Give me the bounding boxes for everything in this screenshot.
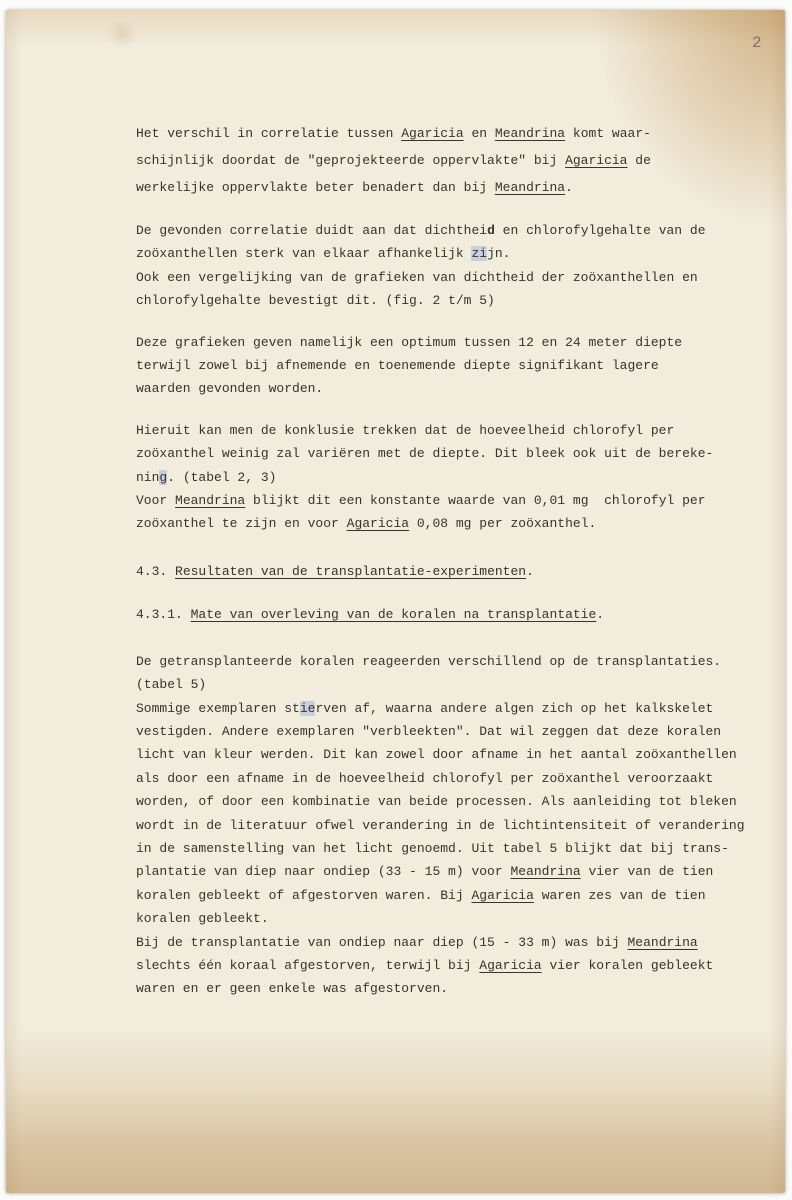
text-line: waren en er geen enkele was afgestorven. (136, 977, 766, 1000)
text-line: De gevonden correlatie duidt aan dat dic… (136, 219, 766, 242)
text-segment: terwijl zowel bij afnemende en toenemend… (136, 358, 659, 373)
text-segment: komt waar- (565, 126, 651, 141)
text-line: Hieruit kan men de konklusie trekken dat… (136, 419, 766, 442)
underlined-term: Resultaten van de transplantatie-experim… (175, 564, 526, 579)
underlined-term: Agaricia (471, 888, 533, 903)
text-line: zoöxanthel te zijn en voor Agaricia 0,08… (136, 512, 766, 535)
text-line: zoöxanthel weinig zal variëren met de di… (136, 442, 766, 465)
text-segment: en chlorofylgehalte van de (495, 223, 706, 238)
text-segment: rven af, waarna andere algen zich op het… (315, 701, 713, 716)
underlined-term: Meandrina (627, 935, 697, 950)
text-segment: nin (136, 470, 159, 485)
text-line: 4.3. Resultaten van de transplantatie-ex… (136, 560, 766, 583)
text-line: waarden gevonden worden. (136, 377, 766, 400)
text-line: vestigden. Andere exemplaren "verbleekte… (136, 720, 766, 743)
text-segment: waren zes van de tien (534, 888, 706, 903)
text-segment: 4.3.1. (136, 607, 191, 622)
text-segment: licht van kleur werden. Dit kan zowel do… (136, 747, 737, 762)
text-segment: zoöxanthel weinig zal variëren met de di… (136, 446, 713, 461)
text-line: Bij de transplantatie van ondiep naar di… (136, 931, 766, 954)
text-segment: Deze grafieken geven namelijk een optimu… (136, 335, 682, 350)
text-line: Voor Meandrina blijkt dit een konstante … (136, 489, 766, 512)
text-line: 4.3.1. Mate van overleving van de korale… (136, 603, 766, 626)
text-line: als door een afname in de hoeveelheid ch… (136, 767, 766, 790)
text-segment: de (628, 153, 651, 168)
text-line: zoöxanthellen sterk van elkaar afhankeli… (136, 242, 766, 265)
text-segment: De getransplanteerde koralen reageerden … (136, 654, 721, 669)
underlined-term: Agaricia (401, 126, 463, 141)
text-line: slechts één koraal afgestorven, terwijl … (136, 954, 766, 977)
text-line: Sommige exemplaren stierven af, waarna a… (136, 697, 766, 720)
text-segment: werkelijke oppervlakte beter benadert da… (136, 180, 495, 195)
text-line: werkelijke oppervlakte beter benadert da… (136, 174, 766, 201)
text-segment: en (464, 126, 495, 141)
text-segment: vier koralen gebleekt (542, 958, 714, 973)
text-segment: Sommige exemplaren st (136, 701, 300, 716)
paragraph: Het verschil in correlatie tussen Agaric… (136, 120, 766, 201)
text-segment: (tabel 5) (136, 677, 206, 692)
underlined-term: Agaricia (479, 958, 541, 973)
underlined-term: Meandrina (495, 180, 565, 195)
text-segment: Voor (136, 493, 175, 508)
text-segment: koralen gebleekt. (136, 911, 269, 926)
text-segment: . (596, 607, 604, 622)
section-heading: 4.3. Resultaten van de transplantatie-ex… (136, 560, 766, 583)
text-segment: . (526, 564, 534, 579)
correction-text: zi (471, 246, 487, 261)
text-line: koralen gebleekt of afgestorven waren. B… (136, 884, 766, 907)
text-segment: waarden gevonden worden. (136, 381, 323, 396)
text-segment: blijkt dit een konstante waarde van 0,01… (245, 493, 705, 508)
text-segment: Ook een vergelijking van de grafieken va… (136, 270, 698, 285)
underlined-term: Meandrina (495, 126, 565, 141)
text-line: koralen gebleekt. (136, 907, 766, 930)
paragraph: Hieruit kan men de konklusie trekken dat… (136, 419, 766, 536)
text-line: in de samenstelling van het licht genoem… (136, 837, 766, 860)
text-segment: vier van de tien (581, 864, 714, 879)
paragraph: Deze grafieken geven namelijk een optimu… (136, 331, 766, 401)
text-line: plantatie van diep naar ondiep (33 - 15 … (136, 860, 766, 883)
text-segment: d (487, 223, 495, 238)
underlined-term: Agaricia (347, 516, 409, 531)
text-segment: schijnlijk doordat de "geprojekteerde op… (136, 153, 565, 168)
correction-text: ie (300, 701, 316, 716)
text-segment: wordt in de literatuur ofwel verandering… (136, 818, 745, 833)
text-line: De getransplanteerde koralen reageerden … (136, 650, 766, 673)
text-line: ning. (tabel 2, 3) (136, 466, 766, 489)
text-segment: Bij de transplantatie van ondiep naar di… (136, 935, 627, 950)
text-segment: . (tabel 2, 3) (167, 470, 276, 485)
underlined-term: Meandrina (510, 864, 580, 879)
text-segment: vestigden. Andere exemplaren "verbleekte… (136, 724, 721, 739)
underlined-term: Meandrina (175, 493, 245, 508)
text-segment: 4.3. (136, 564, 175, 579)
document-page: 2 Het verschil in correlatie tussen Agar… (6, 10, 785, 1193)
text-segment: 0,08 mg per zoöxanthel. (409, 516, 596, 531)
text-line: worden, of door een kombinatie van beide… (136, 790, 766, 813)
text-segment: zoöxanthellen sterk van elkaar afhankeli… (136, 246, 471, 261)
text-segment: als door een afname in de hoeveelheid ch… (136, 771, 713, 786)
section-heading: 4.3.1. Mate van overleving van de korale… (136, 603, 766, 626)
text-segment: Het verschil in correlatie tussen (136, 126, 401, 141)
text-segment: waren en er geen enkele was afgestorven. (136, 981, 448, 996)
underlined-term: Mate van overleving van de koralen na tr… (191, 607, 597, 622)
page-number: 2 (752, 34, 762, 52)
text-line: Het verschil in correlatie tussen Agaric… (136, 120, 766, 147)
text-segment: worden, of door een kombinatie van beide… (136, 794, 737, 809)
text-segment: . (565, 180, 573, 195)
text-line: licht van kleur werden. Dit kan zowel do… (136, 743, 766, 766)
text-line: Deze grafieken geven namelijk een optimu… (136, 331, 766, 354)
text-segment: in de samenstelling van het licht genoem… (136, 841, 729, 856)
text-line: (tabel 5) (136, 673, 766, 696)
text-line: chlorofylgehalte bevestigt dit. (fig. 2 … (136, 289, 766, 312)
text-line: Ook een vergelijking van de grafieken va… (136, 266, 766, 289)
text-segment: slechts één koraal afgestorven, terwijl … (136, 958, 479, 973)
text-segment: De gevonden correlatie duidt aan dat dic… (136, 223, 487, 238)
text-segment: chlorofylgehalte bevestigt dit. (fig. 2 … (136, 293, 495, 308)
text-content: Het verschil in correlatie tussen Agaric… (136, 120, 766, 1001)
text-line: wordt in de literatuur ofwel verandering… (136, 814, 766, 837)
text-segment: koralen gebleekt of afgestorven waren. B… (136, 888, 471, 903)
paragraph: De getransplanteerde koralen reageerden … (136, 650, 766, 1001)
underlined-term: Agaricia (565, 153, 627, 168)
text-segment: Hieruit kan men de konklusie trekken dat… (136, 423, 674, 438)
paragraph: De gevonden correlatie duidt aan dat dic… (136, 219, 766, 313)
text-line: schijnlijk doordat de "geprojekteerde op… (136, 147, 766, 174)
text-segment: jn. (487, 246, 510, 261)
text-segment: zoöxanthel te zijn en voor (136, 516, 347, 531)
text-segment: plantatie van diep naar ondiep (33 - 15 … (136, 864, 510, 879)
text-line: terwijl zowel bij afnemende en toenemend… (136, 354, 766, 377)
